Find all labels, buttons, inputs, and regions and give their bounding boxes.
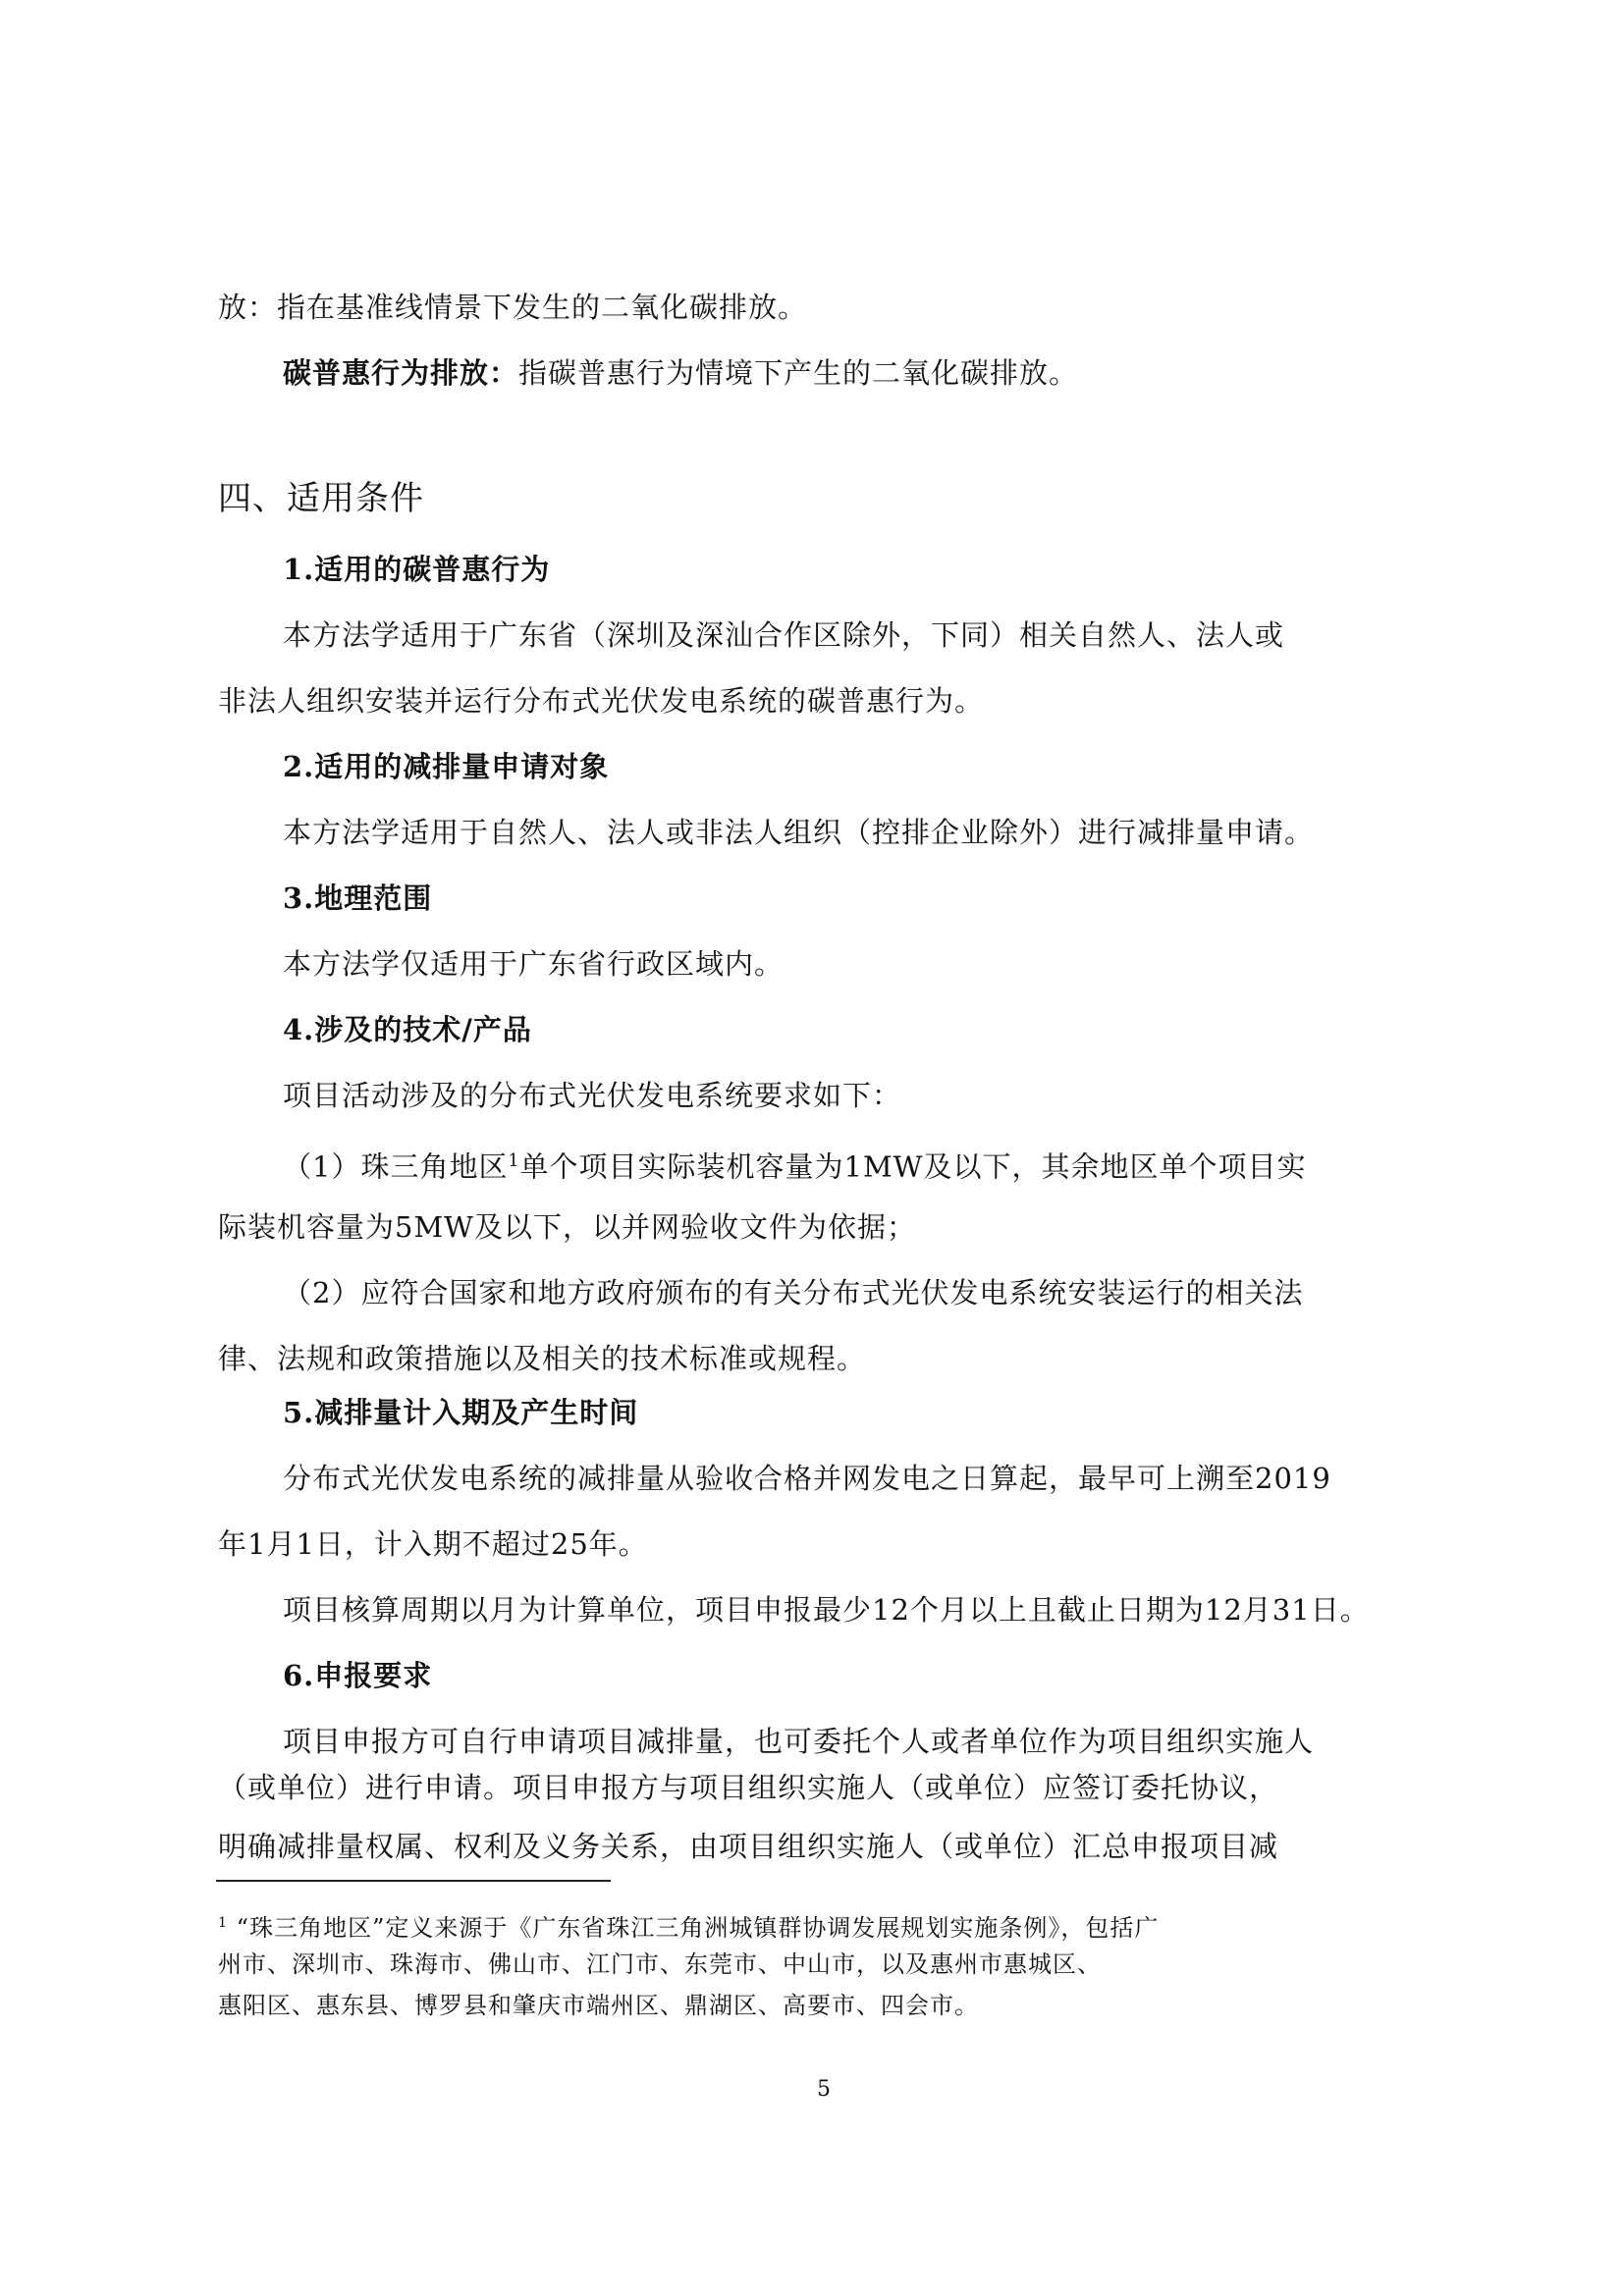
footnote-line: 州市、深圳市、珠海市、佛山市、江门市、东莞市、中山市，以及惠州市惠城区、	[218, 1949, 1102, 1980]
paragraph-line: 年1月1日，计入期不超过25年。	[218, 1524, 648, 1564]
paragraph-line: 律、法规和政策措施以及相关的技术标准或规程。	[218, 1339, 866, 1378]
footnote-ref[interactable]: 1	[508, 1151, 519, 1171]
subsection-title: 6.申报要求	[283, 1656, 432, 1695]
term-definition: 碳普惠行为排放：指碳普惠行为情境下产生的二氧化碳排放。	[283, 353, 1078, 393]
paragraph-line: 本方法学仅适用于广东省行政区域内。	[283, 944, 784, 984]
paragraph-line: 项目核算周期以月为计算单位，项目申报最少12个月以上且截止日期为12月31日。	[283, 1590, 1370, 1629]
paragraph-line: （或单位）进行申请。项目申报方与项目组织实施人（或单位）应签订委托协议，	[218, 1768, 1278, 1807]
footnote-marker: 1	[218, 1915, 228, 1931]
paragraph-line: 项目活动涉及的分布式光伏发电系统要求如下：	[283, 1076, 901, 1115]
text: 单个项目实际装机容量为1MW及以下，其余地区单个项目实	[520, 1150, 1307, 1184]
term: 碳普惠行为排放：	[283, 356, 518, 390]
subsection-title: 3.地理范围	[283, 879, 432, 918]
text: “珠三角地区”定义来源于《广东省珠江三角洲城镇群协调发展规划实施条例》，包括广	[237, 1914, 1160, 1942]
page-number: 5	[817, 2077, 831, 2102]
subsection-title: 1.适用的碳普惠行为	[283, 550, 550, 589]
section-heading: 四、适用条件	[218, 479, 424, 518]
footnote-line: 1 “珠三角地区”定义来源于《广东省珠江三角洲城镇群协调发展规划实施条例》，包括…	[218, 1907, 1159, 1944]
paragraph-line: （1）珠三角地区1单个项目实际装机容量为1MW及以下，其余地区单个项目实	[283, 1142, 1306, 1187]
paragraph-line: 非法人组织安装并运行分布式光伏发电系统的碳普惠行为。	[218, 681, 984, 721]
text: （1）珠三角地区	[283, 1150, 508, 1184]
definition: 指碳普惠行为情境下产生的二氧化碳排放。	[518, 356, 1078, 390]
paragraph-line: 本方法学适用于自然人、法人或非法人组织（控排企业除外）进行减排量申请。	[283, 813, 1314, 852]
body-line: 放：指在基准线情景下发生的二氧化碳排放。	[218, 288, 807, 327]
paragraph-line: （2）应符合国家和地方政府颁布的有关分布式光伏发电系统安装运行的相关法	[283, 1273, 1303, 1312]
paragraph-line: 明确减排量权属、权利及义务关系，由项目组织实施人（或单位）汇总申报项目减	[218, 1827, 1278, 1866]
subsection-title: 5.减排量计入期及产生时间	[283, 1393, 638, 1432]
paragraph-line: 际装机容量为5MW及以下，以并网验收文件为依据；	[218, 1207, 916, 1247]
paragraph-line: 分布式光伏发电系统的减排量从验收合格并网发电之日算起，最早可上溯至2019	[283, 1459, 1331, 1498]
paragraph-line: 本方法学适用于广东省（深圳及深汕合作区除外，下同）相关自然人、法人或	[283, 615, 1284, 655]
subsection-title: 2.适用的减排量申请对象	[283, 747, 609, 786]
footnote-line: 惠阳区、惠东县、博罗县和肇庆市端州区、鼎湖区、高要市、四会市。	[218, 1990, 979, 2021]
footnote-separator	[216, 1880, 611, 1882]
subsection-title: 4.涉及的技术/产品	[283, 1010, 532, 1049]
paragraph-line: 项目申报方可自行申请项目减排量，也可委托个人或者单位作为项目组织实施人	[283, 1722, 1314, 1761]
